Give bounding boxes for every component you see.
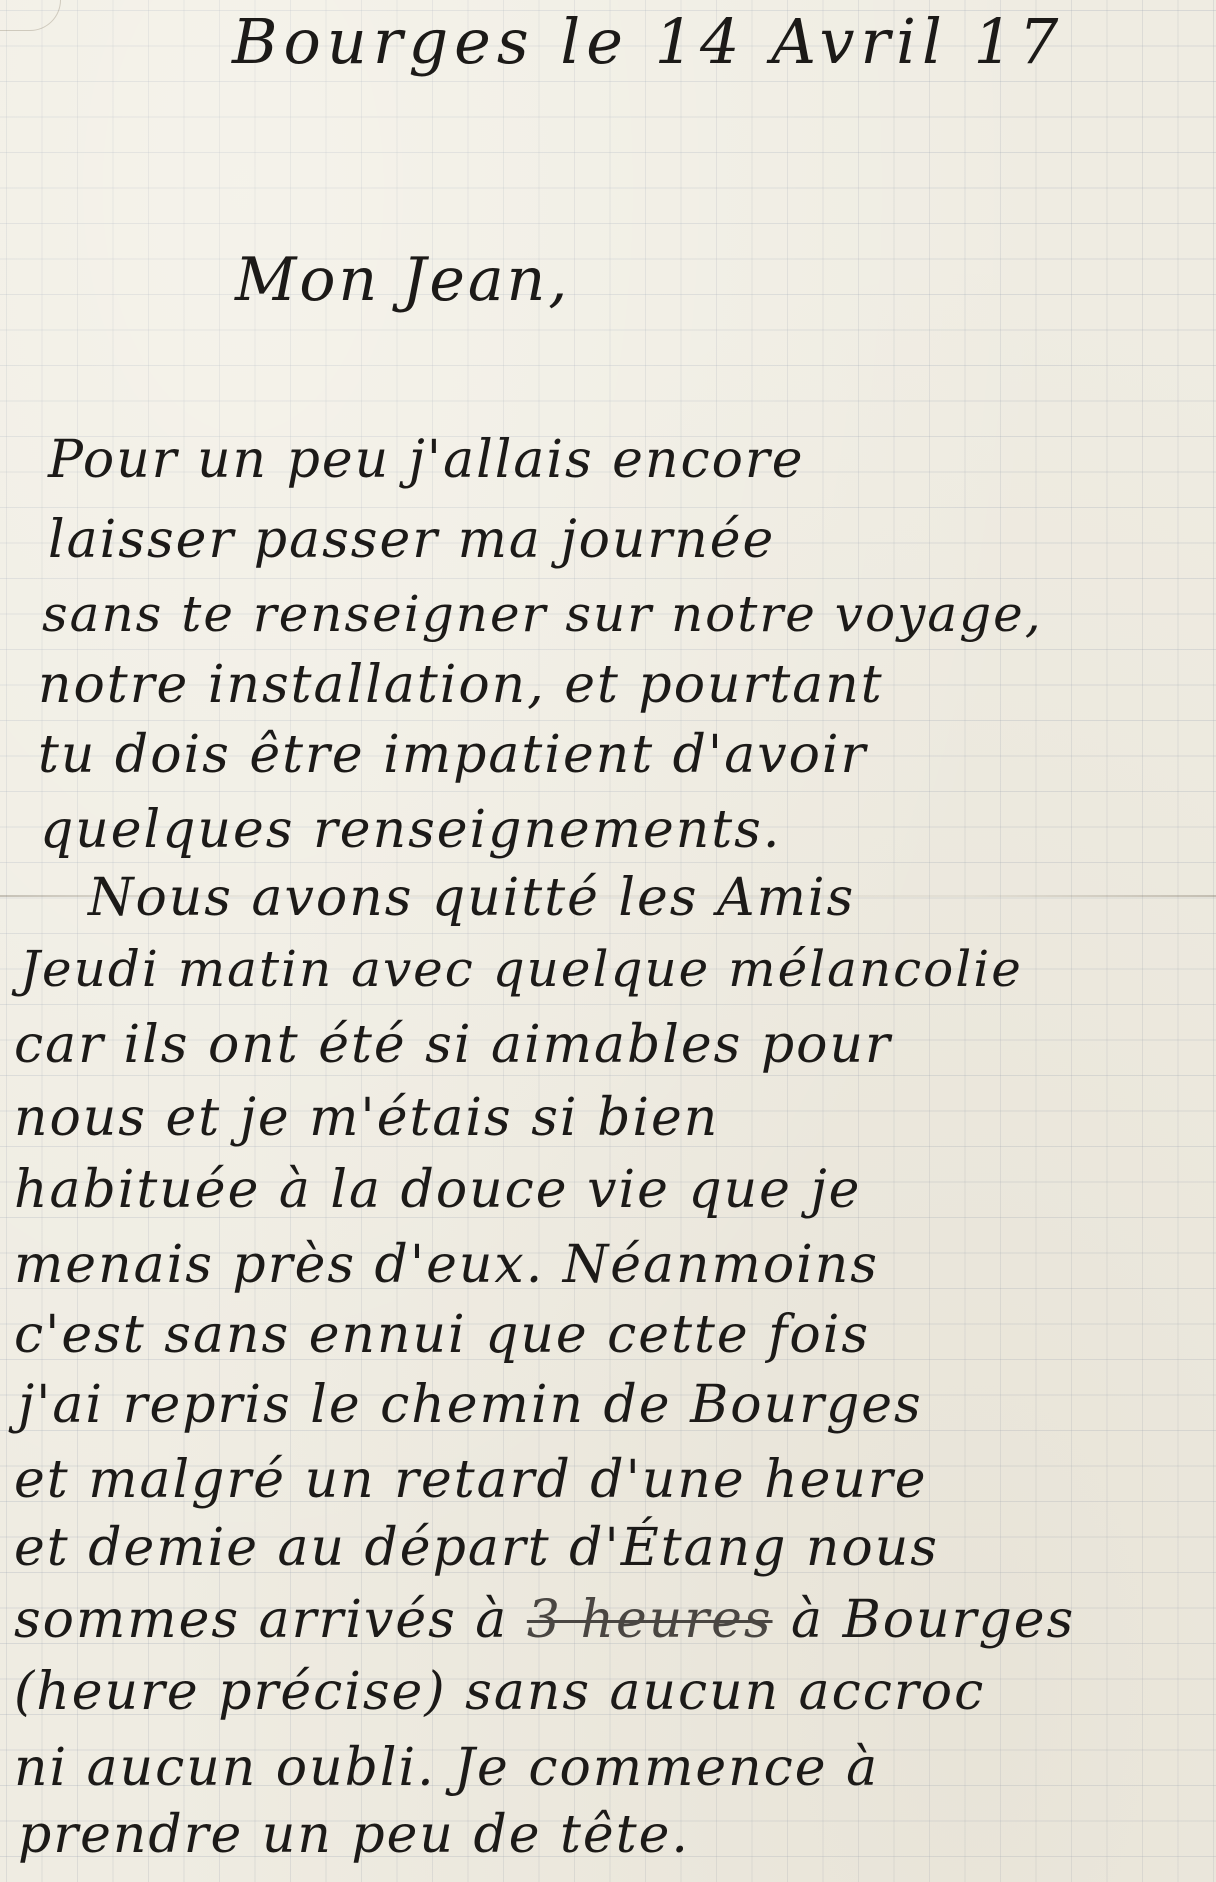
- body-line-6: quelques renseignements.: [40, 800, 781, 860]
- body-line-17: sommes arrivés à 3 heures à Bourges: [14, 1590, 1075, 1650]
- paper-corner-fold: [0, 0, 61, 31]
- body-line-17-before: sommes arrivés à: [14, 1590, 527, 1650]
- letter-salutation: Mon Jean,: [235, 245, 570, 315]
- body-line-8: Jeudi matin avec quelque mélancolie: [20, 940, 1023, 998]
- body-line-18: (heure précise) sans aucun accroc: [14, 1662, 985, 1722]
- body-line-1: Pour un peu j'allais encore: [48, 430, 805, 490]
- body-line-19: ni aucun oubli. Je commence à: [14, 1738, 879, 1798]
- body-line-11: habituée à la douce vie que je: [14, 1160, 861, 1220]
- body-line-9: car ils ont été si aimables pour: [14, 1015, 892, 1075]
- letter-header-place-date: Bourges le 14 Avril 17: [232, 5, 1064, 78]
- body-line-15: et malgré un retard d'une heure: [14, 1450, 928, 1510]
- letter-page: Bourges le 14 Avril 17 Mon Jean, Pour un…: [0, 0, 1216, 1882]
- struck-out-text: 3 heures: [527, 1590, 773, 1650]
- body-line-10: nous et je m'étais si bien: [14, 1088, 719, 1148]
- body-line-2: laisser passer ma journée: [48, 510, 775, 570]
- body-line-20: prendre un peu de tête.: [18, 1805, 690, 1865]
- body-line-7: Nous avons quitté les Amis: [88, 868, 855, 928]
- body-line-4: notre installation, et pourtant: [38, 655, 884, 715]
- body-line-5: tu dois être impatient d'avoir: [38, 725, 867, 785]
- body-line-13: c'est sans ennui que cette fois: [14, 1305, 870, 1365]
- body-line-12: menais près d'eux. Néanmoins: [14, 1235, 879, 1295]
- body-line-17-after: à Bourges: [773, 1590, 1076, 1650]
- body-line-16: et demie au départ d'Étang nous: [14, 1518, 939, 1578]
- body-line-3: sans te renseigner sur notre voyage,: [42, 585, 1043, 643]
- body-line-14: j'ai repris le chemin de Bourges: [18, 1375, 923, 1435]
